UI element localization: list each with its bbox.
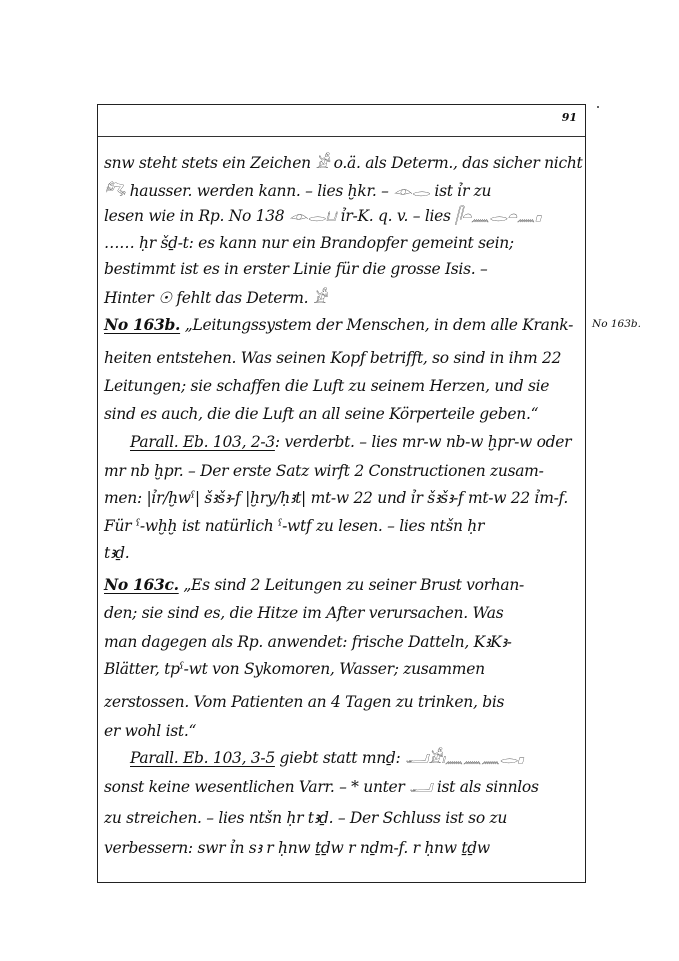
- line-text: 𓀐 hausser. werden kann. – lies ḫkr. – 𓁹𓂋…: [104, 182, 491, 200]
- line-text: zu streichen. – lies ntšn ḥr tꜣḏ. – Der …: [104, 809, 507, 827]
- manuscript-line: man dagegen als Rp. anwendet: frische Da…: [104, 632, 512, 652]
- line-text: Für ˁ-wḫḫ ist natürlich ˁ-wtf zu lesen. …: [104, 517, 484, 535]
- manuscript-line: Parall. Eb. 103, 2-3: verderbt. – lies m…: [130, 432, 571, 452]
- line-text: heiten entstehen. Was seinen Kopf betrif…: [104, 349, 561, 367]
- parallel-reference: Parall. Eb. 103, 3-5: [130, 749, 275, 767]
- line-text: : verderbt. – lies mr-w nb-w ḫpr-w oder: [275, 433, 571, 451]
- line-text: …… ḥr šḏ-t: es kann nur ein Brandopfer g…: [104, 234, 514, 252]
- manuscript-line: den; sie sind es, die Hitze im After ver…: [104, 603, 503, 623]
- manuscript-line: Parall. Eb. 103, 3-5 giebt statt mnḏ: 𓂝𓀀…: [130, 748, 523, 768]
- manuscript-line: snw steht stets ein Zeichen 𓀀 o.ä. als D…: [104, 153, 582, 173]
- manuscript-line: Hinter ☉ fehlt das Determ. 𓀀: [104, 288, 327, 308]
- line-text: bestimmt ist es in erster Linie für die …: [104, 260, 487, 278]
- manuscript-line: zu streichen. – lies ntšn ḥr tꜣḏ. – Der …: [104, 808, 507, 828]
- entry-number: No 163c.: [104, 575, 179, 594]
- line-text: man dagegen als Rp. anwendet: frische Da…: [104, 633, 512, 651]
- manuscript-line: men: |ỉr/ḫwˁ| šꜣšꜣ-f |ḫry/ḥꜣt| mt-w 22 u…: [104, 488, 568, 508]
- line-text: lesen wie in Rp. No 138 𓁹𓂋𓂓 ỉr-K. q. v. …: [104, 207, 541, 225]
- manuscript-line: er wohl ist.“: [104, 721, 196, 741]
- line-text: sonst keine wesentlichen Varr. – * unter…: [104, 778, 539, 796]
- manuscript-line: heiten entstehen. Was seinen Kopf betrif…: [104, 348, 561, 368]
- manuscript-line: sonst keine wesentlichen Varr. – * unter…: [104, 777, 539, 797]
- ink-dot: [597, 106, 599, 108]
- line-text: men: |ỉr/ḫwˁ| šꜣšꜣ-f |ḫry/ḥꜣt| mt-w 22 u…: [104, 489, 568, 507]
- manuscript-line: zerstossen. Vom Patienten an 4 Tagen zu …: [104, 692, 504, 712]
- parallel-reference: Parall. Eb. 103, 2-3: [130, 433, 275, 451]
- manuscript-line: lesen wie in Rp. No 138 𓁹𓂋𓂓 ỉr-K. q. v. …: [104, 206, 541, 226]
- line-text: verbessern: swr ỉn sꜣ r ḥnw ṯḏw r nḏm-f.…: [104, 839, 490, 857]
- line-text: mr nb ḫpr. – Der erste Satz wirft 2 Cons…: [104, 462, 544, 480]
- page-frame: 91 snw steht stets ein Zeichen 𓀀 o.ä. al…: [97, 104, 586, 883]
- page-number: 91: [562, 111, 577, 124]
- manuscript-line: No 163b. „Leitungssystem der Menschen, i…: [104, 315, 573, 335]
- line-text: er wohl ist.“: [104, 722, 196, 740]
- manuscript-line: tꜣḏ.: [104, 543, 129, 563]
- line-text: Hinter ☉ fehlt das Determ. 𓀀: [104, 289, 327, 307]
- manuscript-line: Leitungen; sie schaffen die Luft zu sein…: [104, 376, 549, 396]
- line-text: Leitungen; sie schaffen die Luft zu sein…: [104, 377, 549, 395]
- line-text: „Leitungssystem der Menschen, in dem all…: [180, 316, 573, 334]
- line-text: snw steht stets ein Zeichen 𓀀 o.ä. als D…: [104, 154, 582, 172]
- manuscript-line: No 163c. „Es sind 2 Leitungen zu seiner …: [104, 575, 524, 595]
- header-band: 91: [98, 105, 585, 137]
- line-text: den; sie sind es, die Hitze im After ver…: [104, 604, 503, 622]
- manuscript-line: bestimmt ist es in erster Linie für die …: [104, 259, 487, 279]
- line-text: sind es auch, die die Luft an all seine …: [104, 405, 538, 423]
- manuscript-line: sind es auch, die die Luft an all seine …: [104, 404, 538, 424]
- manuscript-line: 𓀐 hausser. werden kann. – lies ḫkr. – 𓁹𓂋…: [104, 181, 491, 201]
- manuscript-line: Blätter, tpˁ-wt von Sykomoren, Wasser; z…: [104, 659, 485, 679]
- line-text: tꜣḏ.: [104, 544, 129, 562]
- manuscript-line: Für ˁ-wḫḫ ist natürlich ˁ-wtf zu lesen. …: [104, 516, 484, 536]
- manuscript-line: …… ḥr šḏ-t: es kann nur ein Brandopfer g…: [104, 233, 514, 253]
- margin-note: No 163b.: [592, 318, 641, 330]
- line-text: Blätter, tpˁ-wt von Sykomoren, Wasser; z…: [104, 660, 485, 678]
- manuscript-line: verbessern: swr ỉn sꜣ r ḥnw ṯḏw r nḏm-f.…: [104, 838, 490, 858]
- line-text: zerstossen. Vom Patienten an 4 Tagen zu …: [104, 693, 504, 711]
- entry-number: No 163b.: [104, 315, 180, 334]
- line-text: „Es sind 2 Leitungen zu seiner Brust vor…: [179, 576, 524, 594]
- manuscript-line: mr nb ḫpr. – Der erste Satz wirft 2 Cons…: [104, 461, 544, 481]
- line-text: giebt statt mnḏ: 𓂝𓀀𓏤𓈖𓈖𓈖𓂋𓊪: [275, 749, 523, 767]
